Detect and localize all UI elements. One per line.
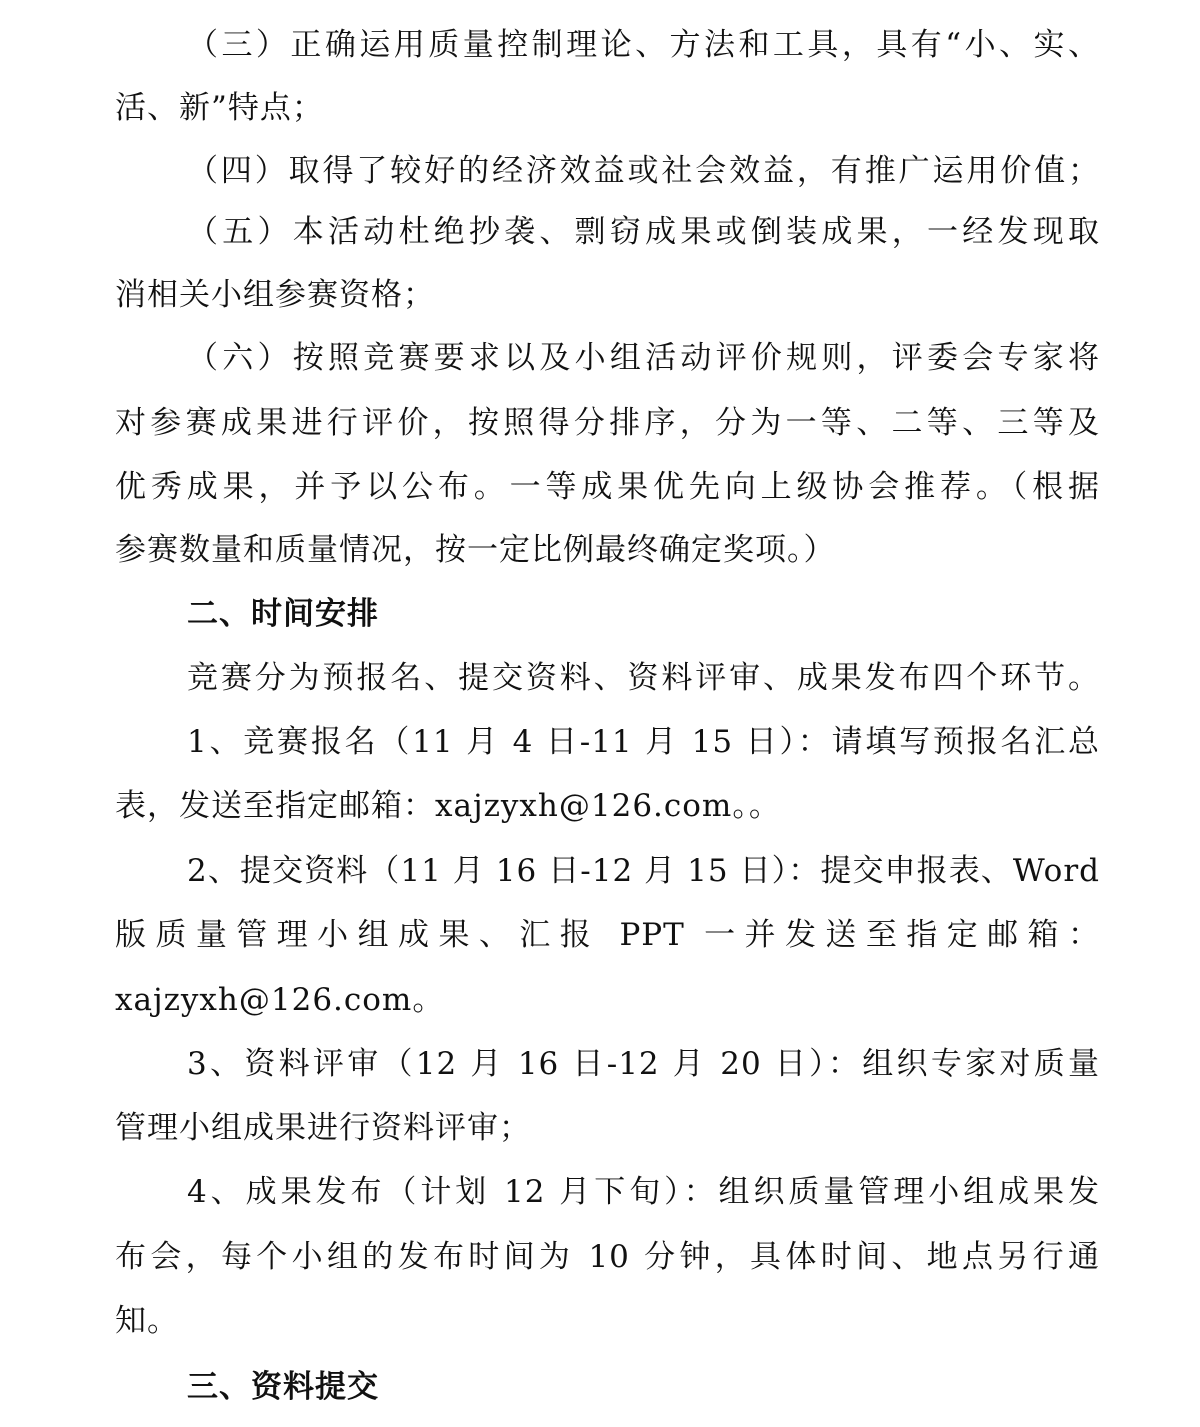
schedule-intro-line: 竞赛分为预报名、提交资料、资料评审、成果发布四个环节。: [187, 653, 1100, 703]
schedule-step-1-line-1: 1、竞赛报名（11 月 4 日-11 月 15 日）：请填写预报名汇总: [187, 717, 1100, 767]
schedule-step-3-line-2: 管理小组成果进行资料评审；: [115, 1103, 1100, 1153]
criterion-3-line-2: 活、新”特点；: [115, 83, 1100, 133]
section-heading-submission: 三、资料提交: [187, 1362, 1100, 1412]
schedule-step-2-line-2: 版质量管理小组成果、汇报 PPT 一并发送至指定邮箱：: [115, 910, 1100, 960]
schedule-step-3-line-1: 3、资料评审（12 月 16 日-12 月 20 日）：组织专家对质量: [187, 1039, 1100, 1089]
criterion-5-line-1: （五）本活动杜绝抄袭、剽窃成果或倒装成果，一经发现取: [187, 207, 1100, 257]
document-page: （三）正确运用质量控制理论、方法和工具，具有“小、实、 活、新”特点； （四）取…: [0, 0, 1200, 1427]
criterion-5-line-2: 消相关小组参赛资格；: [115, 270, 1100, 320]
criterion-6-line-2: 对参赛成果进行评价，按照得分排序，分为一等、二等、三等及: [115, 398, 1100, 448]
schedule-step-4-line-2: 布会，每个小组的发布时间为 10 分钟，具体时间、地点另行通: [115, 1232, 1100, 1282]
criterion-3-line-1: （三）正确运用质量控制理论、方法和工具，具有“小、实、: [187, 20, 1100, 70]
schedule-step-1-line-2: 表，发送至指定邮箱：xajzyxh@126.com。。: [115, 781, 1100, 831]
criterion-6-line-4: 参赛数量和质量情况，按一定比例最终确定奖项。）: [115, 525, 1100, 575]
criterion-6-line-1: （六）按照竞赛要求以及小组活动评价规则，评委会专家将: [187, 333, 1100, 383]
section-heading-schedule: 二、时间安排: [187, 589, 1100, 639]
schedule-step-2-line-3: xajzyxh@126.com。: [115, 975, 1100, 1025]
schedule-step-4-line-3: 知。: [115, 1296, 1100, 1346]
criterion-4-line-1: （四）取得了较好的经济效益或社会效益，有推广运用价值；: [187, 146, 1100, 196]
criterion-6-line-3: 优秀成果，并予以公布。一等成果优先向上级协会推荐。（根据: [115, 462, 1100, 512]
schedule-step-2-line-1: 2、提交资料（11 月 16 日-12 月 15 日）：提交申报表、Word: [187, 846, 1100, 896]
schedule-step-4-line-1: 4、成果发布（计划 12 月下旬）：组织质量管理小组成果发: [187, 1167, 1100, 1217]
